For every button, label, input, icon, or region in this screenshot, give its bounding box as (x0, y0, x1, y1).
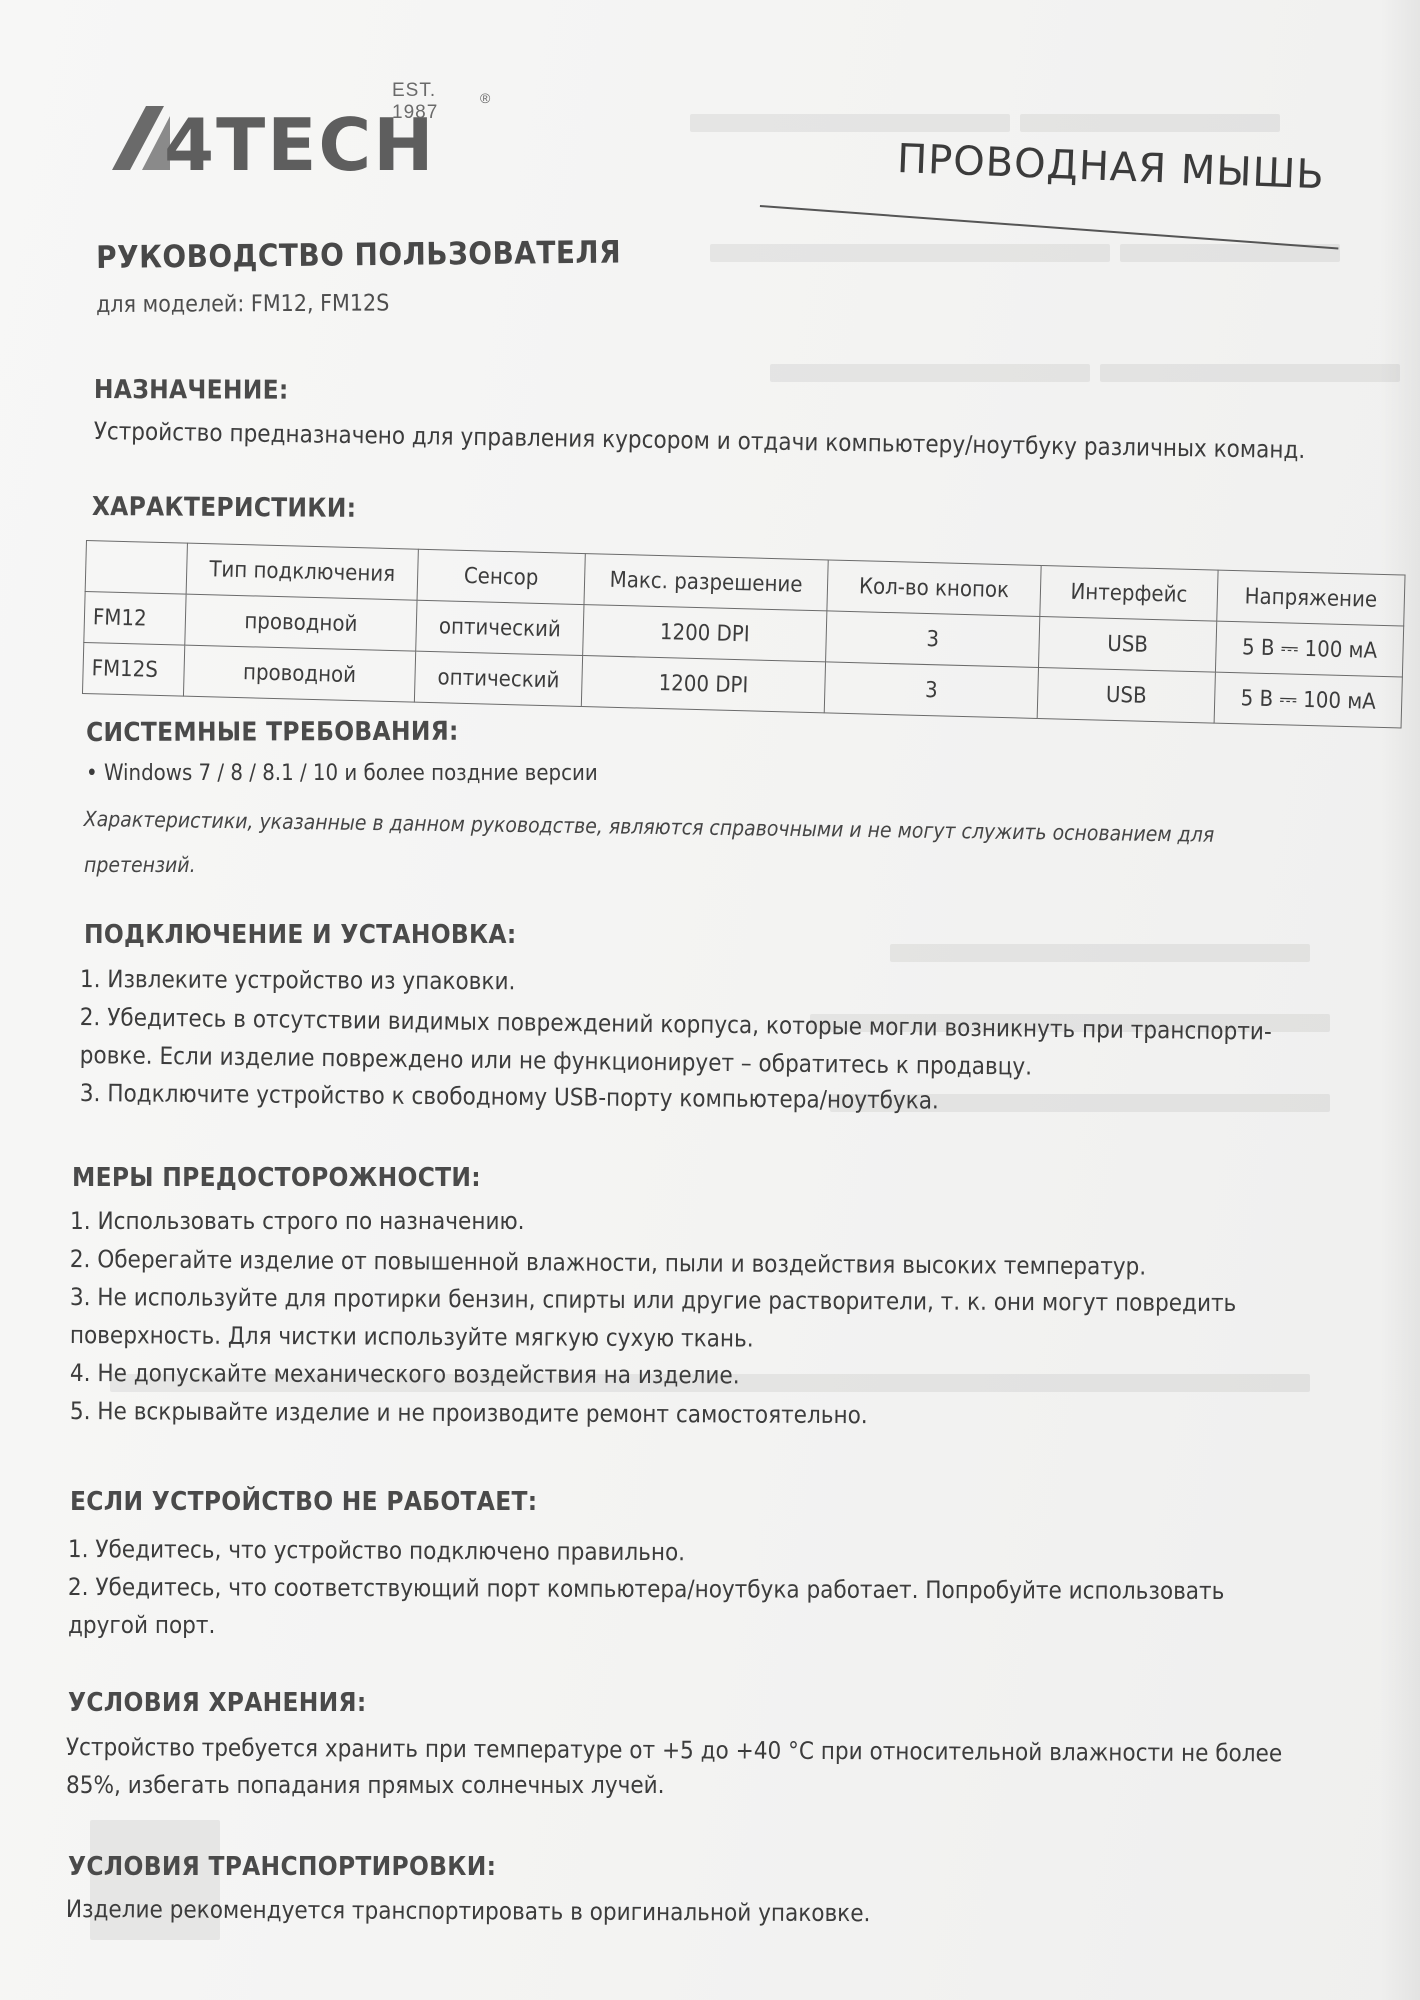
document-subtitle: для моделей: FM12, FM12S (96, 290, 389, 318)
specs-cell-model: FM12S (82, 642, 184, 696)
precautions-list: 1. Использовать строго по назначению. 2.… (70, 1202, 1410, 1430)
precaution-line: 1. Использовать строго по назначению. (70, 1202, 1410, 1240)
manual-content: РУКОВОДСТВО ПОЛЬЗОВАТЕЛЯ для моделей: FM… (0, 0, 1420, 2000)
section-heading-purpose: НАЗНАЧЕНИЕ: (94, 375, 289, 406)
section-heading-storage: УСЛОВИЯ ХРАНЕНИЯ: (68, 1688, 367, 1718)
specs-cell: 3 (824, 662, 1038, 719)
transport-text: Изделие рекомендуется транспортировать в… (66, 1890, 1416, 1928)
specs-cell: проводной (183, 645, 415, 702)
section-heading-installation: ПОДКЛЮЧЕНИЕ И УСТАНОВКА: (84, 920, 517, 950)
section-heading-transport: УСЛОВИЯ ТРАНСПОРТИРОВКИ: (68, 1852, 496, 1882)
specs-cell: 1200 DPI (581, 656, 825, 713)
specs-cell: USB (1038, 616, 1216, 672)
specs-cell-model: FM12 (84, 591, 186, 645)
system-requirement-item: • Windows 7 / 8 / 8.1 / 10 и более поздн… (86, 755, 598, 793)
specs-cell: 1200 DPI (583, 605, 827, 662)
specs-col-header: Напряжение (1217, 570, 1405, 626)
specs-cell: оптический (416, 600, 584, 655)
installation-line: 1. Извлеките устройство из упаковки. (80, 960, 1400, 1005)
section-heading-precautions: МЕРЫ ПРЕДОСТОРОЖНОСТИ: (72, 1163, 481, 1193)
storage-text: Устройство требуется хранить при темпера… (66, 1728, 1416, 1804)
specs-cell: оптический (414, 651, 582, 706)
specs-cell: 3 (826, 611, 1040, 668)
precaution-line: 4. Не допускайте механического воздейств… (70, 1354, 1410, 1397)
specs-col-header: Интерфейс (1040, 566, 1218, 622)
specs-col-header-model (85, 541, 187, 595)
specs-cell: 5 В ⎓ 100 мА (1215, 621, 1403, 677)
transport-line: Изделие рекомендуется транспортировать в… (66, 1890, 1416, 1935)
section-heading-troubleshooting: ЕСЛИ УСТРОЙСТВО НЕ РАБОТАЕТ: (70, 1487, 537, 1517)
troubleshooting-line: 2. Убедитесь, что соответствующий порт к… (68, 1568, 1408, 1611)
installation-steps: 1. Извлеките устройство из упаковки. 2. … (80, 960, 1400, 1112)
specs-col-header: Макс. разрешение (584, 554, 828, 611)
specs-cell: USB (1037, 667, 1215, 723)
section-heading-system-requirements: СИСТЕМНЫЕ ТРЕБОВАНИЯ: (86, 717, 459, 748)
precaution-line: 5. Не вскрывайте изделие и не производит… (70, 1392, 1410, 1437)
spec-notice-line-1: Характеристики, указанные в данном руков… (83, 800, 1214, 854)
specs-table: Тип подключенияСенсорМакс. разрешениеКол… (82, 540, 1406, 729)
troubleshooting-line: другой порт. (68, 1606, 1408, 1644)
manual-page: 4TECH EST. 1987 ® ПРОВОДНАЯ МЫШЬ РУКОВОД… (0, 0, 1420, 2000)
section-heading-specs: ХАРАКТЕРИСТИКИ: (92, 492, 357, 524)
specs-cell: 5 В ⎓ 100 мА (1214, 672, 1402, 728)
storage-line: Устройство требуется хранить при темпера… (66, 1728, 1416, 1773)
specs-cell: проводной (185, 594, 417, 651)
document-title: РУКОВОДСТВО ПОЛЬЗОВАТЕЛЯ (96, 235, 621, 276)
specs-col-header: Тип подключения (186, 543, 418, 600)
purpose-text: Устройство предназначено для управления … (93, 412, 1305, 469)
troubleshooting-list: 1. Убедитесь, что устройство подключено … (68, 1530, 1408, 1644)
specs-col-header: Сенсор (417, 549, 585, 604)
spec-notice-line-2: претензий. (84, 846, 196, 884)
specs-col-header: Кол-во кнопок (827, 560, 1041, 617)
